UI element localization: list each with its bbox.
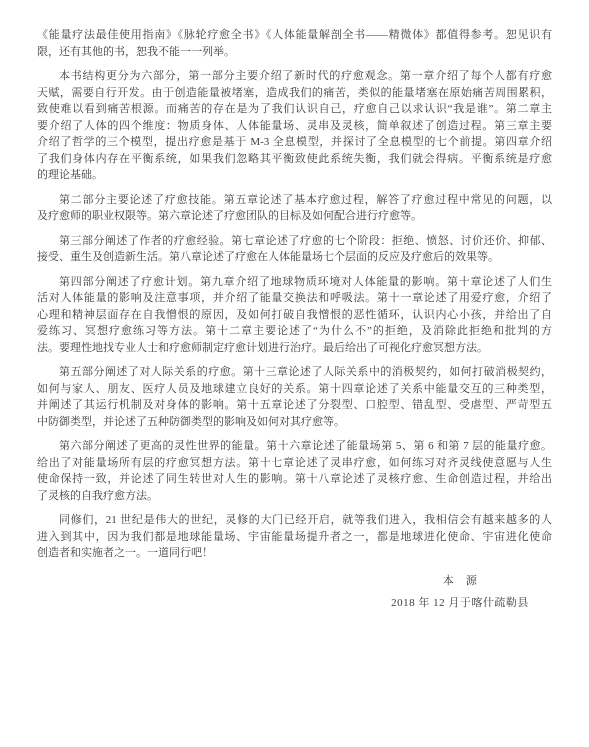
paragraph: 第三部分阐述了作者的疗愈经验。第七章论述了疗愈的七个阶段：拒绝、愤怒、讨价还价、… xyxy=(37,233,552,266)
paragraph: 本书结构更分为六部分，第一部分主要介绍了新时代的疗愈观念。第一章介绍了每个人都有… xyxy=(37,68,552,184)
date-line: 2018 年 12 月于喀什疏勒县 xyxy=(375,592,545,614)
text-line: 天赋，需要自行开发。由于创造能量被堵塞，造成我们的痛苦，类似的能量堵塞在原始痛苦… xyxy=(37,85,552,102)
text-line: 限，还有其他的书，恕我不能一一列举。 xyxy=(37,44,552,61)
text-line: 《能量疗法最佳使用指南》《脉轮疗愈全书》《人体能量解剖全书——精微体》都值得参考… xyxy=(37,27,552,44)
text-line: 介绍了哲学的三个模型，提出疗愈是基于 M-3 全息模型，并探讨了全息模型的七个前… xyxy=(37,134,552,151)
text-line: 中防御类型，并论述了五种防御类型的影响及如何对其疗愈等。 xyxy=(37,414,552,431)
text-line: 创造者和实施者之一。一道同行吧！ xyxy=(37,545,552,562)
paragraph: 同修们，21 世纪是伟大的世纪，灵修的大门已经开启，就等我们进入，我相信会有越来… xyxy=(37,512,552,562)
text-line: 爱练习、冥想疗愈练习等方法。第十二章主要论述了“为什么不”的拒绝，及消除此拒绝和… xyxy=(37,323,552,340)
text-line: 致使难以看到痛苦根源。而痛苦的存在是为了我们认识自己，疗愈自己以求认识“我是谁”… xyxy=(37,101,552,118)
text-line: 心理和精神层面存在自我憎恨的原因，及如何打破自我憎恨的恶性循环，认识内心小孩，并… xyxy=(37,307,552,324)
document-body: 《能量疗法最佳使用指南》《脉轮疗愈全书》《人体能量解剖全书——精微体》都值得参考… xyxy=(37,27,552,562)
text-line: 给出了对能量场所有层的疗愈冥想方法。第十七章论述了灵串疗愈，如何练习对齐灵线使意… xyxy=(37,455,552,472)
text-line: 第二部分主要论述了疗愈技能。第五章论述了基本疗愈过程，解答了疗愈过程中常见的问题… xyxy=(37,192,552,209)
text-line: 及疗愈师的职业权限等。第六章论述了疗愈团队的目标及如何配合进行疗愈等。 xyxy=(37,208,552,225)
text-line: 第六部分阐述了更高的灵性世界的能量。第十六章论述了能量场第 5、第 6 和第 7… xyxy=(37,438,552,455)
text-line: 第四部分阐述了疗愈计划。第九章介绍了地球物质环境对人体能量的影响。第十章论述了人… xyxy=(37,274,552,291)
paragraph: 第六部分阐述了更高的灵性世界的能量。第十六章论述了能量场第 5、第 6 和第 7… xyxy=(37,438,552,504)
author-name: 本 源 xyxy=(375,570,545,592)
text-line: 第三部分阐述了作者的疗愈经验。第七章论述了疗愈的七个阶段：拒绝、愤怒、讨价还价、… xyxy=(37,233,552,250)
paragraph: 《能量疗法最佳使用指南》《脉轮疗愈全书》《人体能量解剖全书——精微体》都值得参考… xyxy=(37,27,552,60)
text-line: 第五部分阐述了对人际关系的疗愈。第十三章论述了人际关系中的消极契约，如何打破消极… xyxy=(37,364,552,381)
text-line: 进入到其中，因为我们都是地球能量场、宇宙能量场提升者之一，都是地球进化使命、宇宙… xyxy=(37,529,552,546)
text-line: 使命保持一致，并论述了同生转世对人生的影响。第十八章论述了灵核疗愈、生命创造过程… xyxy=(37,471,552,488)
paragraph: 第四部分阐述了疗愈计划。第九章介绍了地球物质环境对人体能量的影响。第十章论述了人… xyxy=(37,274,552,357)
paragraph: 第二部分主要论述了疗愈技能。第五章论述了基本疗愈过程，解答了疗愈过程中常见的问题… xyxy=(37,192,552,225)
text-line: 法。要理性地找专业人士和疗愈师制定疗愈计划进行治疗。最后给出了可视化疗愈冥想方法… xyxy=(37,340,552,357)
text-line: 本书结构更分为六部分，第一部分主要介绍了新时代的疗愈观念。第一章介绍了每个人都有… xyxy=(37,68,552,85)
text-line: 了灵核的自我疗愈方法。 xyxy=(37,488,552,505)
text-line: 接受、重生及创造新生活。第八章论述了疗愈在人体能量场七个层面的反应及疗愈后的效果… xyxy=(37,249,552,266)
text-line: 如何与家人、朋友、医疗人员及地球建立良好的关系。第十四章论述了关系中能量交互的三… xyxy=(37,381,552,398)
text-line: 的理论基础。 xyxy=(37,167,552,184)
text-line: 同修们，21 世纪是伟大的世纪，灵修的大门已经开启，就等我们进入，我相信会有越来… xyxy=(37,512,552,529)
document-page: 《能量疗法最佳使用指南》《脉轮疗愈全书》《人体能量解剖全书——精微体》都值得参考… xyxy=(0,0,589,747)
signature-block: 本 源 2018 年 12 月于喀什疏勒县 xyxy=(375,570,545,614)
paragraph: 第五部分阐述了对人际关系的疗愈。第十三章论述了人际关系中的消极契约，如何打破消极… xyxy=(37,364,552,430)
text-line: 要介绍了人体的四个维度：物质身体、人体能量场、灵串及灵核，简单叙述了创造过程。第… xyxy=(37,118,552,135)
text-line: 并阐述了其运行机制及对身体的影响。第十五章论述了分裂型、口腔型、错乱型、受虐型、… xyxy=(37,397,552,414)
text-line: 了我们身体内存在平衡系统，如果我们忽略其平衡致使此系统失衡，我们就会得病。平衡系… xyxy=(37,151,552,168)
text-line: 活对人体能量的影响及注意事项，并介绍了能量交换法和呼吸法。第十一章论述了用爱疗愈… xyxy=(37,290,552,307)
